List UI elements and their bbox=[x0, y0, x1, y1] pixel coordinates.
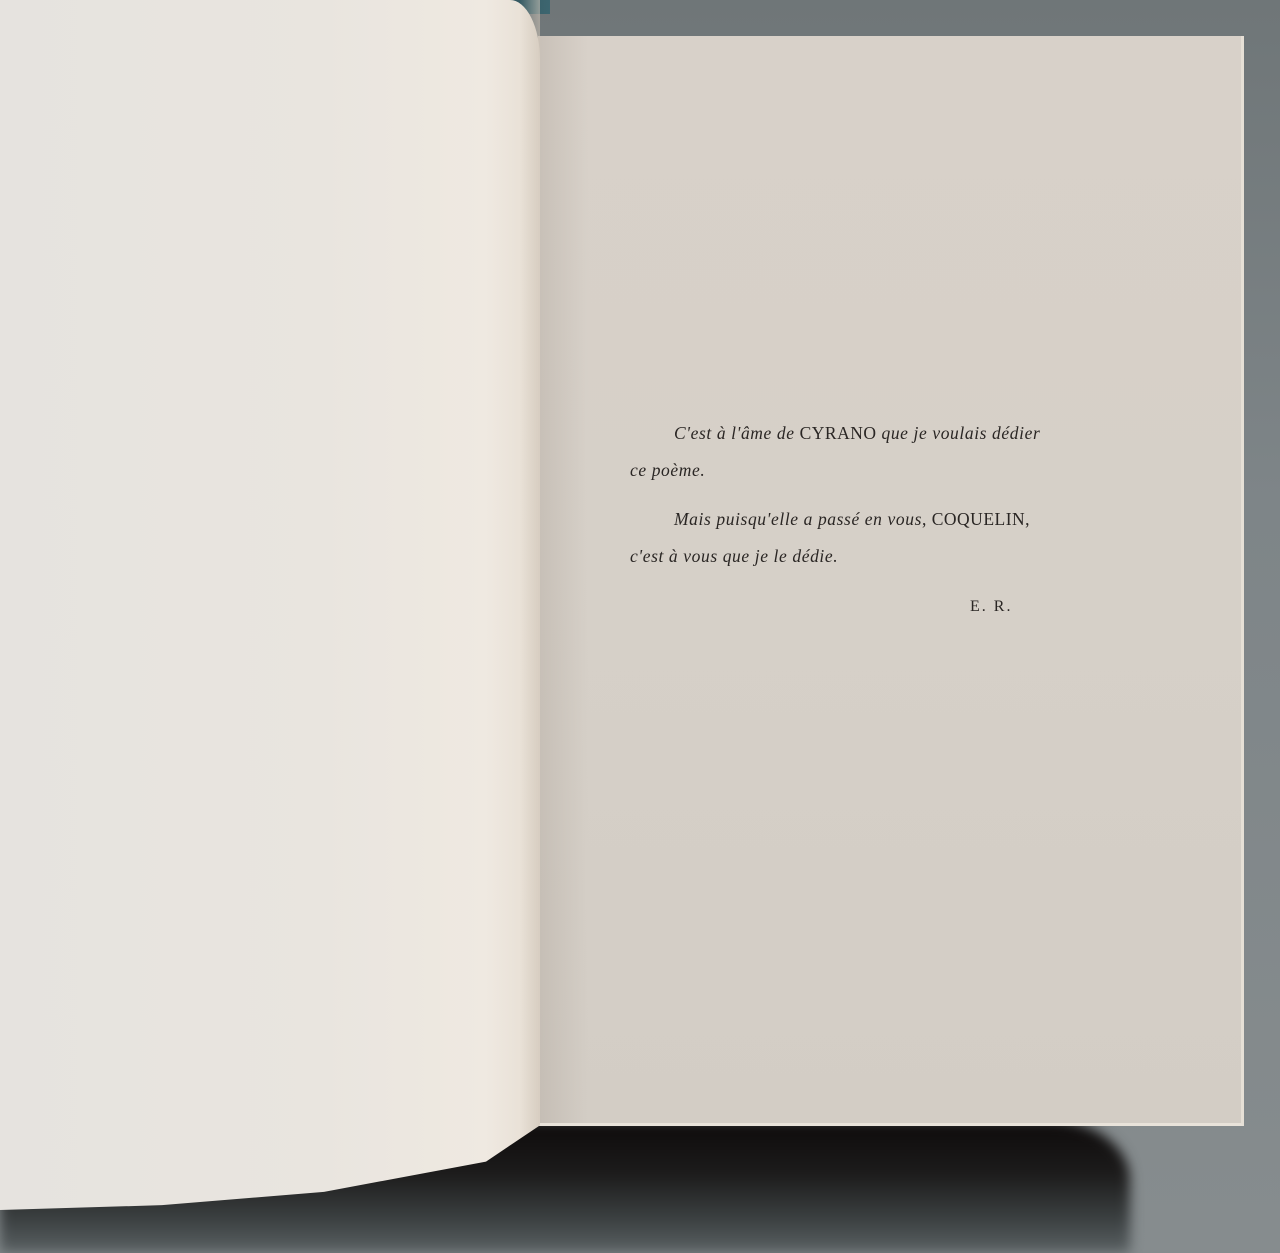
dedication-line-2: ce poème. bbox=[630, 462, 705, 480]
right-page bbox=[538, 36, 1244, 1126]
name-coquelin: , COQUELIN, bbox=[922, 509, 1030, 529]
dedication-line-1: C'est à l'âme de CYRANO que je voulais d… bbox=[674, 425, 1040, 443]
dedication-line-3: Mais puisqu'elle a passé en vous, COQUEL… bbox=[674, 511, 1030, 529]
left-page-blank bbox=[0, 0, 540, 1210]
dedication-line-4: c'est à vous que je le dédie. bbox=[630, 548, 838, 566]
name-cyrano: CYRANO bbox=[800, 423, 877, 443]
author-signature: E. R. bbox=[970, 598, 1012, 616]
